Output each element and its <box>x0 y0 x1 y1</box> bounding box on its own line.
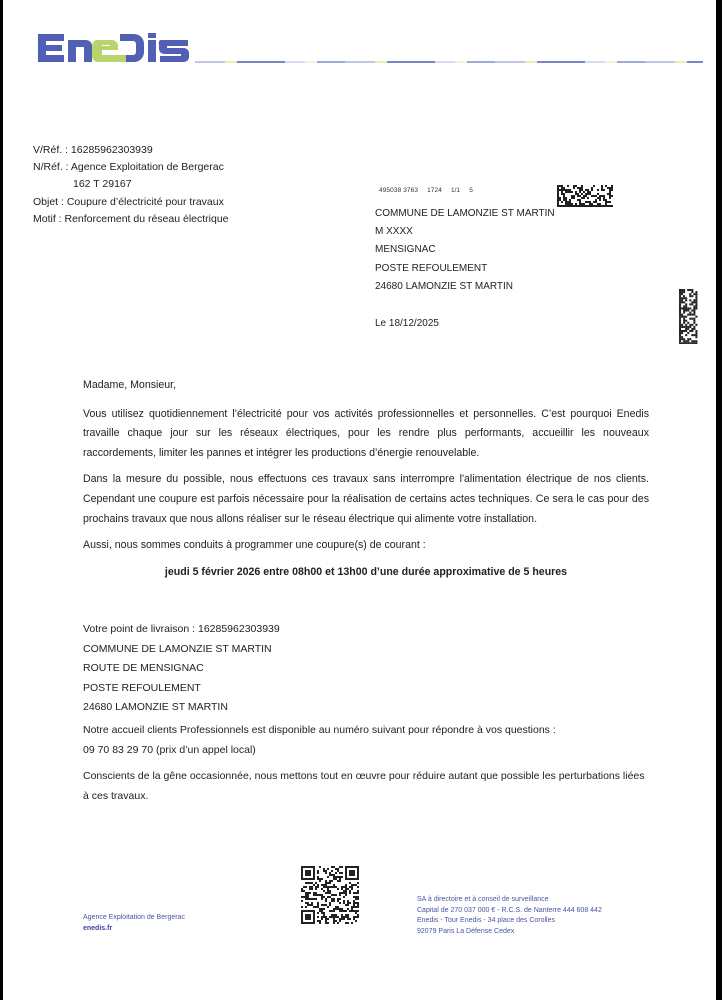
letter-date: Le 18/12/2025 <box>375 318 439 329</box>
contact-phone: 09 70 83 29 70 (prix d’un appel local) <box>83 741 649 761</box>
header-divider <box>195 61 703 63</box>
agency-name: Agence Exploitation de Bergerac <box>83 913 185 924</box>
paragraph: Aussi, nous sommes conduits à programmer… <box>83 536 649 556</box>
paragraph: Dans la mesure du possible, nous effectu… <box>83 470 649 529</box>
subject: Objet : Coupure d’électricité pour trava… <box>33 194 229 211</box>
footer-legal: SA à directoire et à conseil de surveill… <box>417 895 602 937</box>
datamatrix-barcode-icon <box>557 185 613 207</box>
letter-page: V/Réf. : 16285962303939 N/Réf. : Agence … <box>3 0 716 1000</box>
delivery-point-address: Votre point de livraison : 1628596230393… <box>83 620 280 718</box>
website-link[interactable]: enedis.fr <box>83 924 185 935</box>
outage-notice: jeudi 5 février 2026 entre 08h00 et 13h0… <box>83 566 649 578</box>
footer-agency: Agence Exploitation de Bergerac enedis.f… <box>83 913 185 934</box>
qr-code-icon <box>301 866 359 924</box>
datamatrix-barcode-icon <box>679 289 698 344</box>
salutation: Madame, Monsieur, <box>83 376 649 396</box>
contact-block: Notre accueil clients Professionnels est… <box>83 721 649 813</box>
references-block: V/Réf. : 16285962303939 N/Réf. : Agence … <box>33 142 229 228</box>
paragraph: Vous utilisez quotidiennement l’électric… <box>83 405 649 464</box>
your-reference: V/Réf. : 16285962303939 <box>33 142 229 159</box>
reason: Motif : Renforcement du réseau électriqu… <box>33 211 229 228</box>
our-reference: N/Réf. : Agence Exploitation de Bergerac <box>33 159 229 176</box>
postal-sorting-code: 495038 376317241/15 <box>379 187 482 194</box>
enedis-logo <box>36 30 192 66</box>
recipient-address: COMMUNE DE LAMONZIE ST MARTIN M XXXX MEN… <box>375 205 555 296</box>
closing-text: Conscients de la gêne occasionnée, nous … <box>83 767 649 806</box>
letter-body: Madame, Monsieur, Vous utilisez quotidie… <box>83 376 649 563</box>
our-reference-code: 162 T 29167 <box>33 176 229 193</box>
contact-intro: Notre accueil clients Professionnels est… <box>83 721 649 741</box>
